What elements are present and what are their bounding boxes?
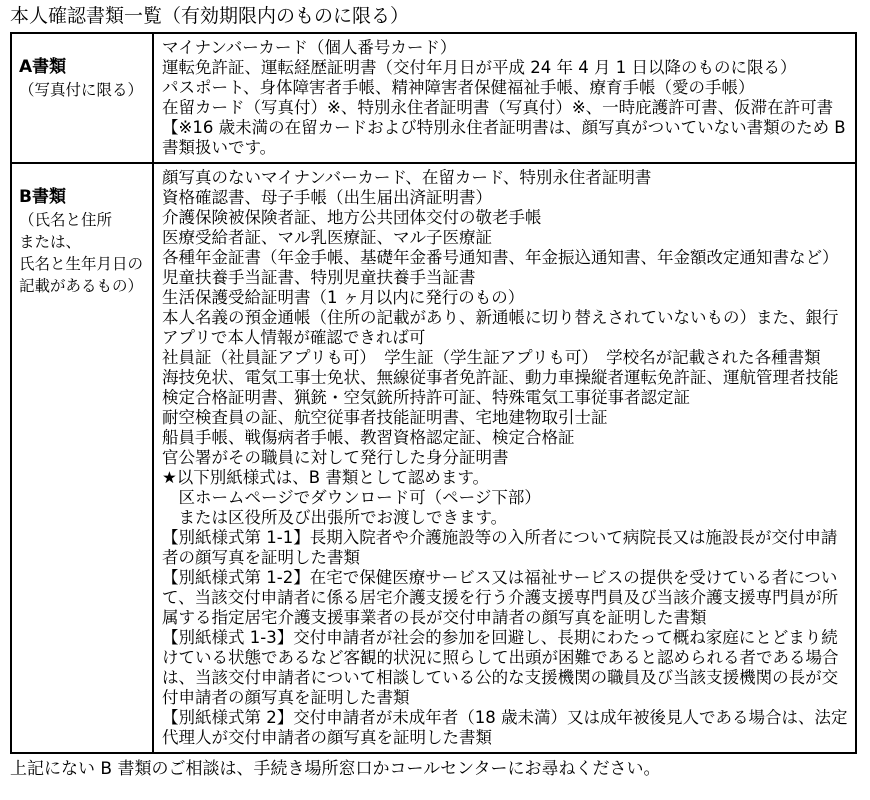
document-item: 生活保護受給証明書（1 ヶ月以内に発行のもの） — [162, 288, 850, 308]
document-item: 海技免状、電気工事士免状、無線従事者免許証、動力車操縦者運転免許証、運航管理者技… — [162, 368, 850, 408]
document-item: 【※16 歳未満の在留カードおよび特別永住者証明書は、顔写真がついていない書類の… — [162, 118, 850, 158]
document-item: 介護保険被保険者証、地方公共団体交付の敬老手帳 — [162, 208, 850, 228]
document-item: 【別紙様式第 2】交付申請者が未成年者（18 歳未満）又は成年被後見人である場合… — [162, 708, 850, 748]
table-row-b-documents: B書類 （氏名と住所 または、 氏名と生年月日の 記載があるもの） 顔写真のない… — [11, 163, 856, 753]
footer-note: 上記にない B 書類のご相談は、手続き場所窓口かコールセンターにお尋ねください。 — [10, 757, 860, 781]
document-item: 【別紙様式 1-3】交付申請者が社会的参加を回避し、長期にわたって概ね家庭にとど… — [162, 628, 850, 708]
documents-table: A書類 （写真付に限る） マイナンバーカード（個人番号カード）運転免許証、運転経… — [10, 32, 857, 754]
document-item: パスポート、身体障害者手帳、精神障害者保健福祉手帳、療育手帳（愛の手帳） — [162, 78, 850, 98]
document-item: 児童扶養手当証書、特別児童扶養手当証書 — [162, 268, 850, 288]
table-row-a-documents: A書類 （写真付に限る） マイナンバーカード（個人番号カード）運転免許証、運転経… — [11, 33, 856, 163]
document-item: ★以下別紙様式は、B 書類として認めます。 — [162, 468, 850, 488]
document-item: 官公署がその職員に対して発行した身分証明書 — [162, 448, 850, 468]
document-page: 本人確認書類一覧（有効期限内のものに限る） A書類 （写真付に限る） マイナンバ… — [0, 0, 870, 800]
document-item: 【別紙様式第 1-2】在宅で保健医療サービス又は福祉サービスの提供を受けている者… — [162, 568, 850, 628]
document-item: 医療受給者証、マル乳医療証、マル子医療証 — [162, 228, 850, 248]
document-item: 船員手帳、戦傷病者手帳、教習資格認定証、検定合格証 — [162, 428, 850, 448]
document-item: 顔写真のないマイナンバーカード、在留カード、特別永住者証明書 — [162, 168, 850, 188]
document-item: 在留カード（写真付）※、特別永住者証明書（写真付）※、一時庇護許可書、仮滞在許可… — [162, 98, 850, 118]
document-item: 本人名義の預金通帳（住所の記載があり、新通帳に切り替えされていないもの）また、銀… — [162, 308, 850, 348]
row-a-label-note: （写真付に限る） — [19, 79, 150, 101]
document-item: 運転免許証、運転経歴証明書（交付年月日が平成 24 年 4 月 1 日以降のもの… — [162, 58, 850, 78]
document-item: 耐空検査員の証、航空従事者技能証明書、宅地建物取引士証 — [162, 408, 850, 428]
row-b-content-cell: 顔写真のないマイナンバーカード、在留カード、特別永住者証明書資格確認書、母子手帳… — [153, 163, 856, 753]
document-item: または区役所及び出張所でお渡しできます。 — [162, 508, 850, 528]
document-item: 【別紙様式第 1-1】長期入院者や介護施設等の入所者について病院長又は施設長が交… — [162, 528, 850, 568]
row-b-label-note: （氏名と住所 または、 氏名と生年月日の 記載があるもの） — [19, 209, 150, 297]
document-item: マイナンバーカード（個人番号カード） — [162, 38, 850, 58]
document-item: 区ホームページでダウンロード可（ページ下部） — [162, 488, 850, 508]
row-b-label: B書類 — [19, 186, 150, 209]
page-title: 本人確認書類一覧（有効期限内のものに限る） — [10, 3, 860, 30]
row-a-label-cell: A書類 （写真付に限る） — [11, 33, 153, 163]
row-a-content-cell: マイナンバーカード（個人番号カード）運転免許証、運転経歴証明書（交付年月日が平成… — [153, 33, 856, 163]
row-a-label: A書類 — [19, 56, 150, 79]
row-b-label-cell: B書類 （氏名と住所 または、 氏名と生年月日の 記載があるもの） — [11, 163, 153, 753]
document-item: 資格確認書、母子手帳（出生届出済証明書） — [162, 188, 850, 208]
document-item: 社員証（社員証アプリも可） 学生証（学生証アプリも可） 学校名が記載された各種書… — [162, 348, 850, 368]
document-item: 各種年金証書（年金手帳、基礎年金番号通知書、年金振込通知書、年金額改定通知書など… — [162, 248, 850, 268]
